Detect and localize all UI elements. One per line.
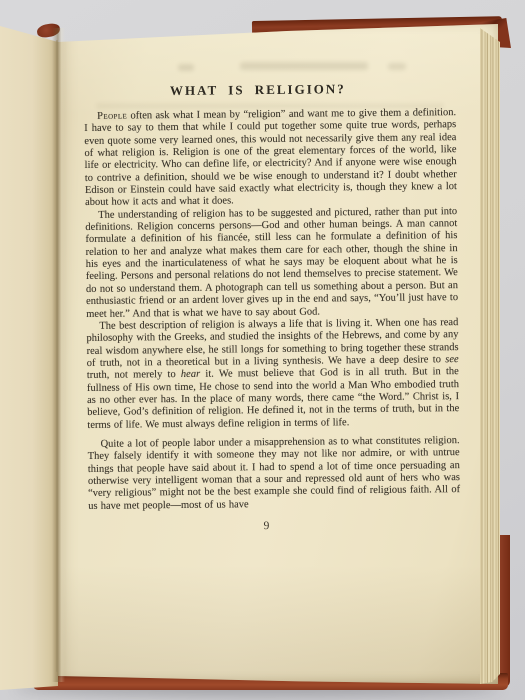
paragraph: The best description of religion is alwa… — [86, 317, 459, 432]
left-page-edge — [0, 22, 58, 690]
page-content: WHAT IS RELIGION? People often ask what … — [84, 52, 461, 534]
paragraph: People often ask what I mean by “religio… — [84, 107, 457, 210]
paragraph: The understanding of religion has to be … — [85, 206, 458, 321]
small-caps-lead-word: People — [97, 111, 127, 122]
open-book-photo: WHAT IS RELIGION? People often ask what … — [0, 0, 525, 700]
paragraph: Quite a lot of people labor under a misa… — [88, 435, 461, 513]
page-body-text: People often ask what I mean by “religio… — [84, 107, 460, 513]
page-title: WHAT IS RELIGION? — [72, 80, 444, 99]
gutter-crease — [56, 40, 58, 672]
page-edge-stack — [480, 26, 500, 684]
gutter-shadow — [52, 28, 65, 682]
